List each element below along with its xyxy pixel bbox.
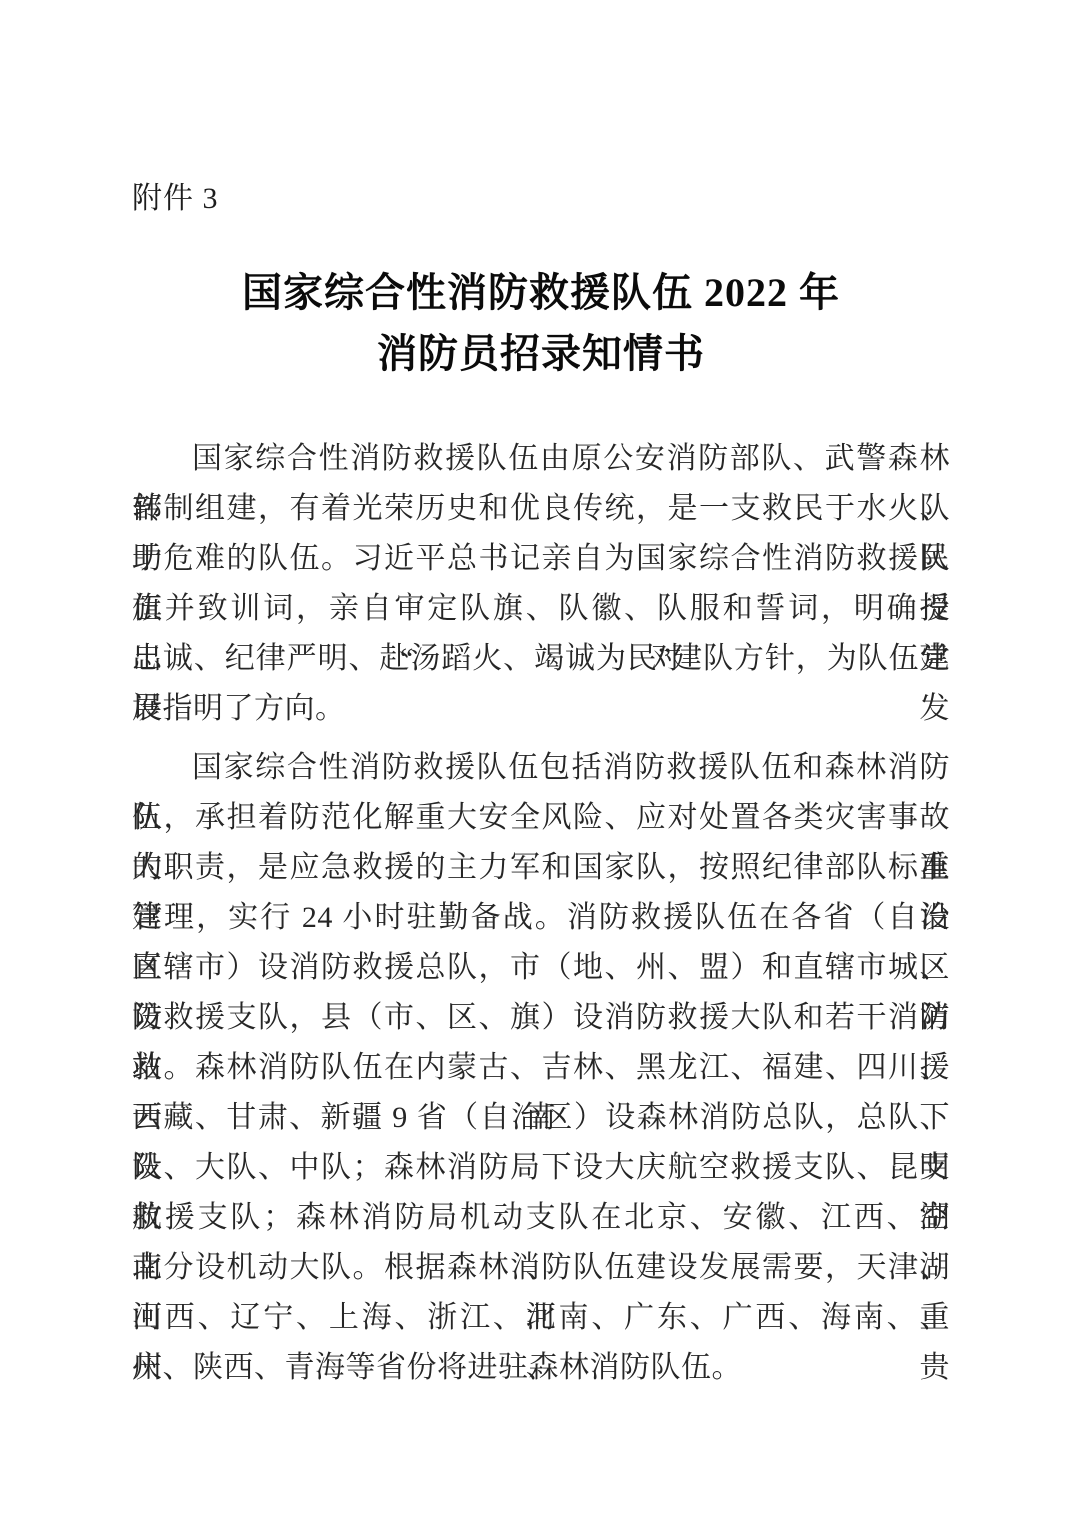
text-line: 旗并致训词，亲自审定队旗、队徽、队服和誓词，明确提出“对党 (132, 584, 950, 634)
paragraph: 国家综合性消防救援队伍包括消防救援队伍和森林消防队伍，承担着防范化解重大安全风险… (132, 743, 950, 1393)
text-line: 国家综合性消防救援队伍包括消防救援队伍和森林消防队 (132, 743, 950, 793)
text-line: 山西、辽宁、上海、浙江、河南、广东、广西、海南、重庆、贵 (132, 1293, 950, 1343)
attachment-label: 附件 3 (132, 182, 950, 216)
text-line: 国家综合性消防救援队伍由原公安消防部队、武警森林部队 (132, 434, 950, 484)
text-line: 西藏、甘肃、新疆 9 省（自治区）设森林消防总队，总队下设支 (132, 1093, 950, 1143)
text-line: 南分设机动大队。根据森林消防队伍建设发展需要，天津、河北、 (132, 1243, 950, 1293)
text-line: 转制组建，有着光荣历史和优良传统，是一支救民于水火、助民 (132, 484, 950, 534)
text-line: 队、大队、中队；森林消防局下设大庆航空救援支队、昆明航空 (132, 1143, 950, 1193)
title-line-2: 消防员招录知情书 (132, 323, 950, 384)
paragraph: 国家综合性消防救援队伍由原公安消防部队、武警森林部队转制组建，有着光荣历史和优良… (132, 434, 950, 734)
text-line: 站。森林消防队伍在内蒙古、吉林、黑龙江、福建、四川、云南、 (132, 1043, 950, 1093)
document-page: 附件 3 国家综合性消防救援队伍 2022 年 消防员招录知情书 国家综合性消防… (0, 0, 1080, 1527)
document-title: 国家综合性消防救援队伍 2022 年 消防员招录知情书 (132, 262, 950, 384)
text-line: 忠诚、纪律严明、赴汤蹈火、竭诚为民”建队方针，为队伍建设发 (132, 634, 950, 684)
text-line: 直辖市）设消防救援总队，市（地、州、盟）和直辖市城区设消 (132, 943, 950, 993)
title-line-1: 国家综合性消防救援队伍 2022 年 (132, 262, 950, 323)
text-line: 救援支队；森林消防局机动支队在北京、安徽、江西、湖北、湖 (132, 1193, 950, 1243)
text-line: 伍，承担着防范化解重大安全风险、应对处置各类灾害事故的重 (132, 793, 950, 843)
document-body: 国家综合性消防救援队伍由原公安消防部队、武警森林部队转制组建，有着光荣历史和优良… (132, 434, 950, 1393)
text-line: 防救援支队，县（市、区、旗）设消防救援大队和若干消防救援 (132, 993, 950, 1043)
text-line: 大职责，是应急救援的主力军和国家队，按照纪律部队标准建设 (132, 843, 950, 893)
text-line: 管理，实行 24 小时驻勤备战。消防救援队伍在各省（自治区、 (132, 893, 950, 943)
text-line: 于危难的队伍。习近平总书记亲自为国家综合性消防救援队伍授 (132, 534, 950, 584)
